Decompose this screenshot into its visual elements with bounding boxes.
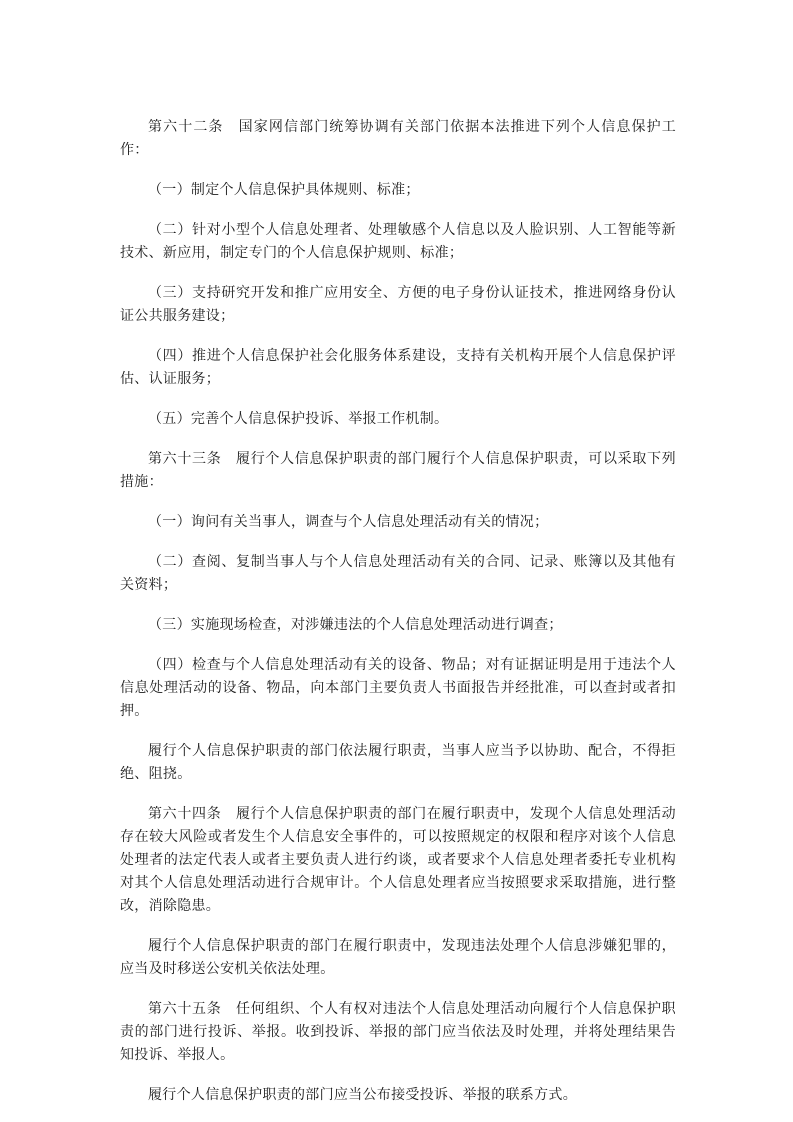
article-65-clause-2: 履行个人信息保护职责的部门应当公布接受投诉、举报的联系方式。 xyxy=(120,1084,676,1107)
article-62-item-2: （二）针对小型个人信息处理者、处理敏感个人信息以及人脸识别、人工智能等新技术、新… xyxy=(120,219,676,265)
article-63-clause-2: 履行个人信息保护职责的部门依法履行职责，当事人应当予以协助、配合，不得拒绝、阻挠… xyxy=(120,740,676,786)
article-63-item-4: （四）检查与个人信息处理活动有关的设备、物品；对有证据证明是用于违法个人信息处理… xyxy=(120,654,676,723)
article-65: 第六十五条 任何组织、个人有权对违法个人信息处理活动向履行个人信息保护职责的部门… xyxy=(120,998,676,1067)
article-62: 第六十二条 国家网信部门统筹协调有关部门依据本法推进下列个人信息保护工作： xyxy=(120,116,676,162)
article-63: 第六十三条 履行个人信息保护职责的部门履行个人信息保护职责，可以采取下列措施： xyxy=(120,448,676,494)
article-63-item-2: （二）查阅、复制当事人与个人信息处理活动有关的合同、记录、账簿以及其他有关资料； xyxy=(120,551,676,597)
article-63-item-3: （三）实施现场检查，对涉嫌违法的个人信息处理活动进行调查； xyxy=(120,614,676,637)
article-63-item-1: （一）询问有关当事人，调查与个人信息处理活动有关的情况； xyxy=(120,511,676,534)
article-64: 第六十四条 履行个人信息保护职责的部门在履行职责中，发现个人信息处理活动存在较大… xyxy=(120,803,676,918)
article-62-item-5: （五）完善个人信息保护投诉、举报工作机制。 xyxy=(120,408,676,431)
article-62-item-3: （三）支持研究开发和推广应用安全、方便的电子身份认证技术，推进网络身份认证公共服… xyxy=(120,282,676,328)
article-62-item-4: （四）推进个人信息保护社会化服务体系建设，支持有关机构开展个人信息保护评估、认证… xyxy=(120,345,676,391)
article-64-clause-2: 履行个人信息保护职责的部门在履行职责中，发现违法处理个人信息涉嫌犯罪的，应当及时… xyxy=(120,935,676,981)
document-page: 第六十二条 国家网信部门统筹协调有关部门依据本法推进下列个人信息保护工作： （一… xyxy=(120,116,676,1122)
article-62-item-1: （一）制定个人信息保护具体规则、标准； xyxy=(120,179,676,202)
